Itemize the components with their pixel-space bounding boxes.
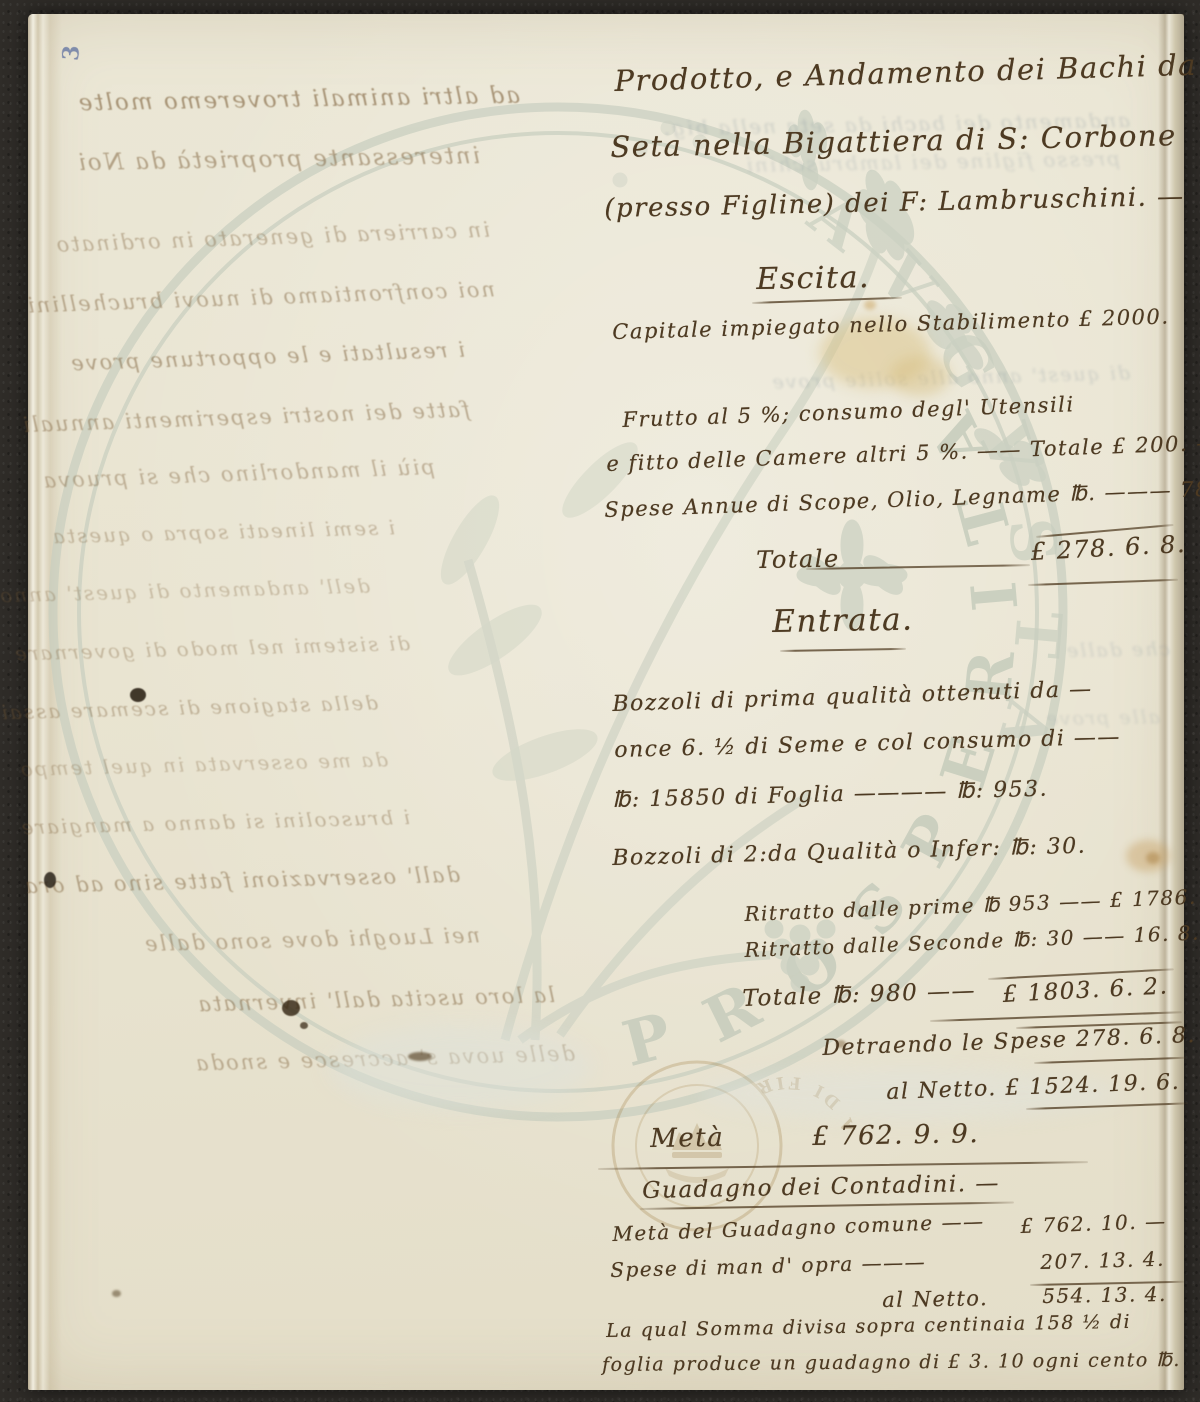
manuscript-page xyxy=(28,14,1184,1390)
archive-folio-number: 3 xyxy=(58,44,85,62)
photograph-backdrop: { "scene": { "backdrop_color": "#2f2c28"… xyxy=(0,0,1200,1402)
